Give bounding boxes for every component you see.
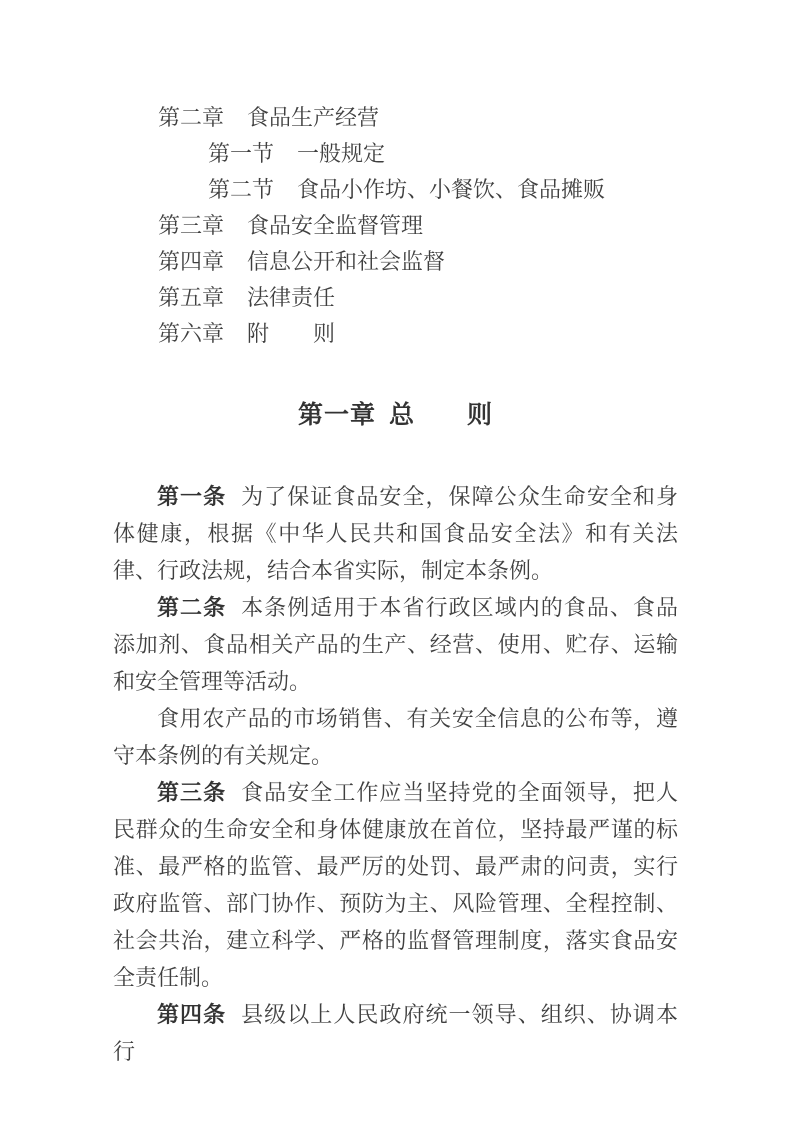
toc-item-section-2: 第二节食品小作坊、小餐饮、食品摊贩 (113, 172, 678, 208)
chapter-heading-title: 总 则 (389, 401, 493, 429)
toc-item-label: 第二节 (208, 177, 274, 202)
toc-item-title: 一般规定 (297, 141, 385, 166)
article-paragraph-4: 第三条食品安全工作应当坚持党的全面领导，把人民群众的生命安全和身体健康放在首位，… (113, 774, 678, 996)
toc-item-label: 第六章 (158, 321, 224, 346)
article-number: 第三条 (157, 780, 226, 805)
toc-item-chapter-6: 第六章附 则 (113, 316, 678, 352)
toc-item-chapter-3: 第三章食品安全监督管理 (113, 208, 678, 244)
article-paragraph-3: 食用农产品的市场销售、有关安全信息的公布等，遵守本条例的有关规定。 (113, 700, 678, 774)
toc-item-label: 第四章 (158, 249, 224, 274)
table-of-contents: 第二章食品生产经营 第一节一般规定 第二节食品小作坊、小餐饮、食品摊贩 第三章食… (113, 100, 678, 352)
toc-item-chapter-2: 第二章食品生产经营 (113, 100, 678, 136)
article-number: 第一条 (157, 484, 226, 509)
toc-item-label: 第一节 (208, 141, 274, 166)
toc-item-title: 法律责任 (247, 285, 335, 310)
toc-item-chapter-5: 第五章法律责任 (113, 280, 678, 316)
article-text: 食品安全工作应当坚持党的全面领导，把人民群众的生命安全和身体健康放在首位，坚持最… (113, 780, 678, 990)
article-number: 第四条 (157, 1002, 226, 1027)
article-paragraph-5: 第四条县级以上人民政府统一领导、组织、协调本行 (113, 996, 678, 1070)
toc-item-label: 第二章 (158, 105, 224, 130)
article-number: 第二条 (157, 595, 226, 620)
toc-item-section-1: 第一节一般规定 (113, 136, 678, 172)
toc-item-label: 第三章 (158, 213, 224, 238)
toc-item-title: 食品生产经营 (247, 105, 379, 130)
toc-item-chapter-4: 第四章信息公开和社会监督 (113, 244, 678, 280)
toc-item-label: 第五章 (158, 285, 224, 310)
toc-item-title: 信息公开和社会监督 (247, 249, 445, 274)
article-paragraph-1: 第一条为了保证食品安全，保障公众生命安全和身体健康，根据《中华人民共和国食品安全… (113, 478, 678, 589)
toc-item-title: 食品小作坊、小餐饮、食品摊贩 (297, 177, 605, 202)
article-body: 第一条为了保证食品安全，保障公众生命安全和身体健康，根据《中华人民共和国食品安全… (113, 478, 678, 1070)
article-text: 食用农产品的市场销售、有关安全信息的公布等，遵守本条例的有关规定。 (113, 706, 678, 768)
toc-item-title: 附 则 (247, 321, 335, 346)
chapter-heading: 第一章总 则 (113, 399, 678, 431)
article-paragraph-2: 第二条本条例适用于本省行政区域内的食品、食品添加剂、食品相关产品的生产、经营、使… (113, 589, 678, 700)
document-page: 第二章食品生产经营 第一节一般规定 第二节食品小作坊、小餐饮、食品摊贩 第三章食… (0, 0, 793, 1122)
chapter-heading-number: 第一章 (298, 401, 376, 429)
toc-item-title: 食品安全监督管理 (247, 213, 423, 238)
